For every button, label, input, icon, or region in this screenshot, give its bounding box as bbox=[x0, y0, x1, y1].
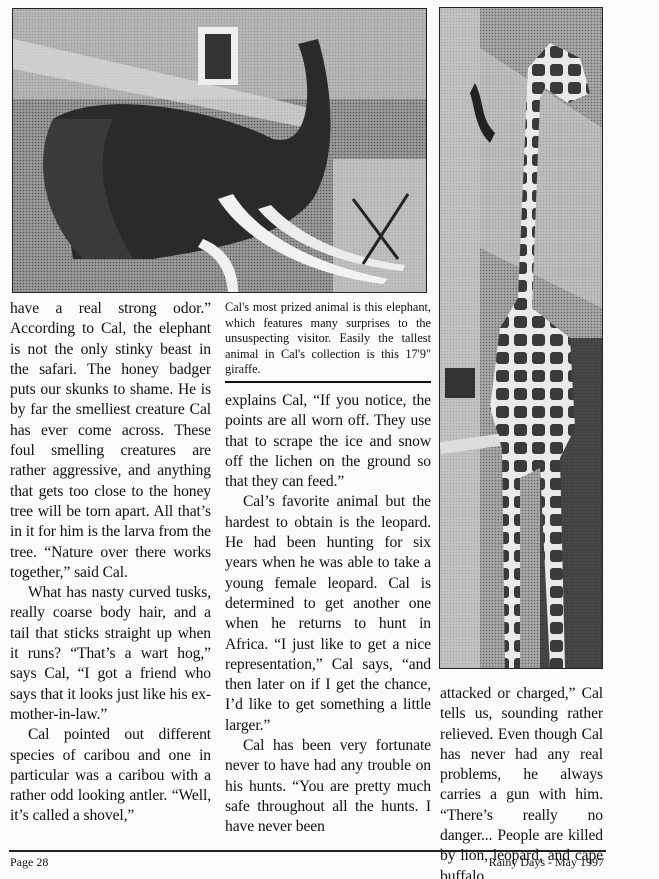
paragraph-antler: explains Cal, “If you notice, the points… bbox=[225, 391, 431, 492]
giraffe-photo bbox=[439, 7, 603, 669]
caption-divider bbox=[225, 381, 431, 383]
footer-divider bbox=[9, 850, 606, 852]
paragraph-hunts: Cal has been very fortunate never to hav… bbox=[225, 736, 431, 837]
publication-info: Rainy Days - May 1997 bbox=[489, 855, 604, 870]
elephant-photo bbox=[12, 8, 427, 293]
paragraph-odor: have a real strong odor.” According to C… bbox=[10, 299, 211, 583]
page-number: Page 28 bbox=[10, 855, 48, 870]
elephant-image-icon bbox=[13, 9, 426, 292]
article-column-1: have a real strong odor.” According to C… bbox=[10, 299, 211, 827]
giraffe-image-icon bbox=[440, 8, 602, 668]
paragraph-caribou: Cal pointed out different species of car… bbox=[10, 725, 211, 826]
paragraph-wart-hog: What has nasty curved tusks, really coar… bbox=[10, 583, 211, 725]
article-column-2: explains Cal, “If you notice, the points… bbox=[225, 391, 431, 838]
photo-caption: Cal's most prized animal is this elephan… bbox=[225, 300, 431, 378]
paragraph-leopard: Cal’s favorite animal but the hardest to… bbox=[225, 492, 431, 736]
